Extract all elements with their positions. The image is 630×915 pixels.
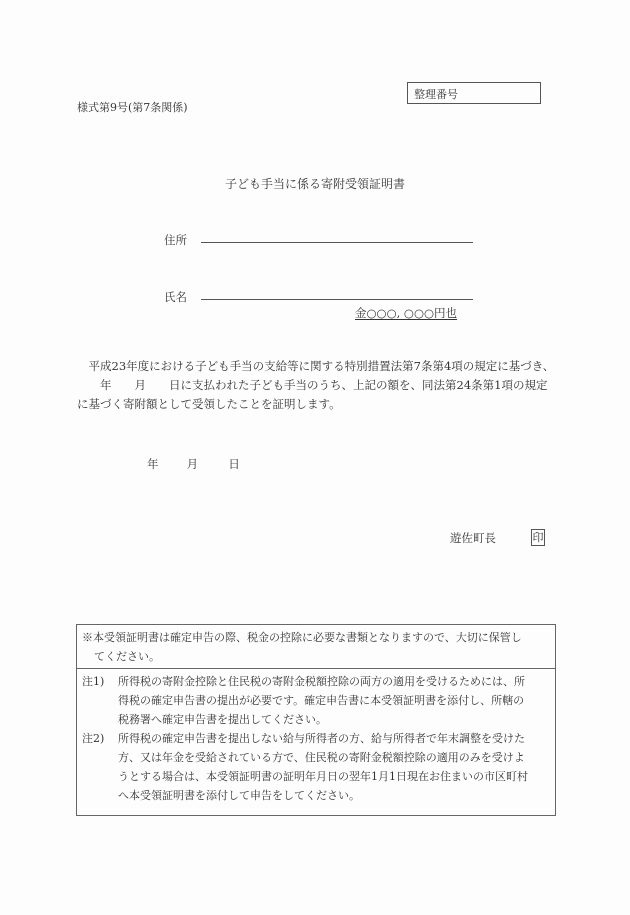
statement-line: 平成23年度における子ども手当の支給等に関する特別措置法第7条第4項の規定に基づ… <box>77 357 567 376</box>
notes-header-line: てください。 <box>82 647 551 666</box>
notes-header-line: ※本受領証明書は確定申告の際、税金の控除に必要な書類となりますので、大切に保管し <box>82 628 551 647</box>
notes-header: ※本受領証明書は確定申告の際、税金の控除に必要な書類となりますので、大切に保管し… <box>77 625 555 669</box>
donation-amount: 金○○○, ○○○円也 <box>355 305 457 321</box>
certification-statement: 平成23年度における子ども手当の支給等に関する特別措置法第7条第4項の規定に基づ… <box>77 357 567 414</box>
note-line: 所得税の確定申告書を提出しない給与所得者の方、給与所得者で年末調整を受けた <box>118 729 551 748</box>
reference-number-box[interactable]: 整理番号 <box>407 82 541 104</box>
issuer-name: 遊佐町長 <box>450 530 496 546</box>
date-month: 月 <box>187 456 225 472</box>
issue-date: 年 月 日 <box>147 456 240 472</box>
form-number: 様式第9号(第7条関係) <box>77 99 188 115</box>
reference-number-label: 整理番号 <box>414 88 458 101</box>
date-year: 年 <box>147 456 183 472</box>
address-field-line[interactable] <box>201 242 473 243</box>
seal-box: 印 <box>531 529 545 546</box>
address-label: 住所 <box>164 232 187 248</box>
note-item: 注1) 所得税の寄附金控除と住民税の寄附金税額控除の両方の適用を受けるためには、… <box>77 672 555 729</box>
name-field-line[interactable] <box>201 299 473 300</box>
date-day: 日 <box>228 456 240 472</box>
note-line: 所得税の寄附金控除と住民税の寄附金税額控除の両方の適用を受けるためには、所 <box>118 672 551 691</box>
notes-box: ※本受領証明書は確定申告の際、税金の控除に必要な書類となりますので、大切に保管し… <box>76 624 556 816</box>
note-tag: 注1) <box>82 672 118 729</box>
document-title: 子ども手当に係る寄附受領証明書 <box>0 175 630 192</box>
note-line: へ本受領証明書を添付して申告をしてください。 <box>118 786 551 805</box>
statement-line: 年 月 日に支払われた子ども手当のうち、上記の額を、同法第24条第1項の規定 <box>77 376 567 395</box>
note-line: 方、又は年金を受給されている方で、住民税の寄附金税額控除の適用のみを受けよ <box>118 748 551 767</box>
note-item: 注2) 所得税の確定申告書を提出しない給与所得者の方、給与所得者で年末調整を受け… <box>77 729 555 805</box>
note-line: 得税の確定申告書の提出が必要です。確定申告書に本受領証明書を添付し、所轄の <box>118 691 551 710</box>
note-tag: 注2) <box>82 729 118 805</box>
note-line: 税務署へ確定申告書を提出してください。 <box>118 710 551 729</box>
note-line: うとする場合は、本受領証明書の証明年月日の翌年1月1日現在お住まいの市区町村 <box>118 767 551 786</box>
name-label: 氏名 <box>164 289 187 305</box>
statement-line: に基づく寄附額として受領したことを証明します。 <box>77 395 567 414</box>
